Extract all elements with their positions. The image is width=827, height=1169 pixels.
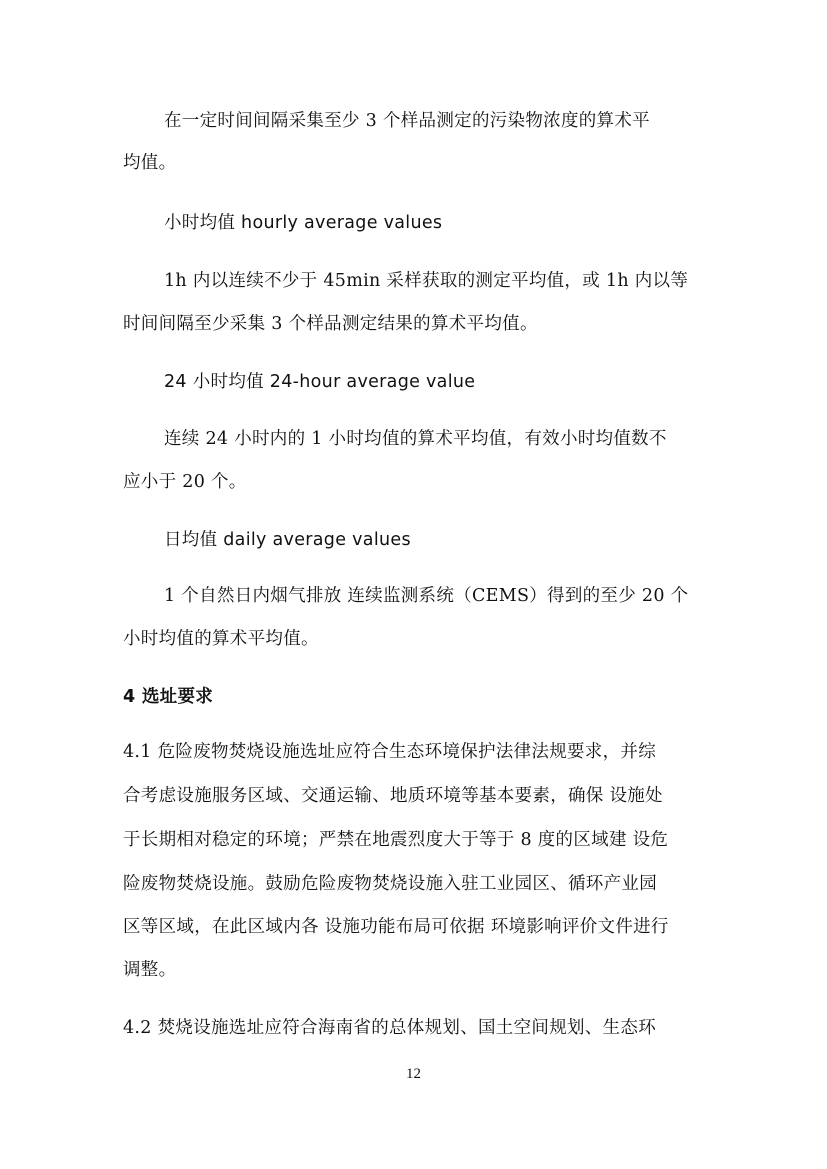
- paragraph-line: 时间间隔至少采集 3 个样品测定结果的算术平均值。: [123, 313, 538, 335]
- term-heading-hourly: 小时均值 hourly average values: [164, 212, 442, 234]
- term-heading-daily: 日均值 daily average values: [164, 529, 411, 551]
- paragraph-line: 在一定时间间隔采集至少 3 个样品测定的污染物浓度的算术平: [164, 110, 650, 132]
- clause-4-1-line: 4.1 危险废物焚烧设施选址应符合生态环境保护法律法规要求，并综: [123, 741, 656, 763]
- paragraph-line: 1 个自然日内烟气排放 连续监测系统（CEMS）得到的至少 20 个: [164, 585, 688, 607]
- paragraph-line: 小时均值的算术平均值。: [123, 628, 319, 650]
- term-heading-24-hour: 24 小时均值 24-hour average value: [164, 371, 475, 393]
- paragraph-line: 应小于 20 个。: [123, 471, 247, 493]
- clause-4-2-line: 4.2 焚烧设施选址应符合海南省的总体规划、国土空间规划、生态环: [123, 1017, 656, 1039]
- paragraph-line: 1h 内以连续不少于 45min 采样获取的测定平均值，或 1h 内以等: [164, 270, 688, 292]
- clause-4-1-line: 合考虑设施服务区域、交通运输、地质环境等基本要素，确保 设施处: [123, 785, 663, 807]
- paragraph-line: 连续 24 小时内的 1 小时均值的算术平均值，有效小时均值数不: [164, 428, 667, 450]
- clause-4-1-line: 区等区域，在此区域内各 设施功能布局可依据 环境影响评价文件进行: [123, 916, 669, 938]
- clause-4-1-line: 调整。: [123, 959, 176, 981]
- clause-4-1-line: 于长期相对稳定的环境；严禁在地震烈度大于等于 8 度的区域建 设危: [123, 829, 668, 851]
- page-number: 12: [0, 1066, 827, 1083]
- section-heading-site-selection: 4 选址要求: [123, 686, 213, 708]
- paragraph-line: 均值。: [123, 152, 176, 174]
- clause-4-1-line: 险废物焚烧设施。鼓励危险废物焚烧设施入驻工业园区、循环产业园: [123, 873, 657, 895]
